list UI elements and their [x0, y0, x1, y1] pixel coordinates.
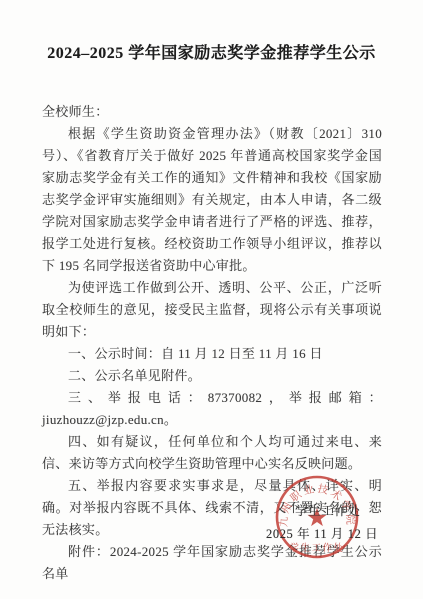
salutation: 全校师生：	[42, 101, 382, 123]
intro-paragraph: 为使评选工作做到公开、透明、公平、公正，广泛听取全校师生的意见，接受民主监督，现…	[42, 277, 382, 343]
notice-item-2: 二、公示名单见附件。	[42, 365, 382, 387]
page-title: 2024–2025 学年国家励志奖学金推荐学生公示	[20, 44, 403, 64]
seal-bottom-text: 学生工作处	[289, 542, 344, 554]
intro-paragraph: 根据《学生资助资金管理办法》（财教〔2021〕310 号）、《省教育厅关于做好 …	[42, 123, 382, 277]
signature-department: 学生工作处	[295, 501, 361, 519]
notice-item-4: 四、如有疑议，任何单位和个人均可通过来电、来信、来访等方式向校学生资助管理中心实…	[42, 431, 382, 475]
notice-item-1: 一、公示时间：自 11 月 12 日至 11 月 16 日	[42, 343, 382, 365]
signature-date: 2025 年 11 月 12 日	[266, 524, 378, 542]
notice-item-3: 三、举报电话：87370082，举报邮箱：jiuzhouzz@jzp.edu.c…	[42, 387, 382, 431]
notice-document-page: 2024–2025 学年国家励志奖学金推荐学生公示 全校师生： 根据《学生资助资…	[0, 0, 423, 599]
